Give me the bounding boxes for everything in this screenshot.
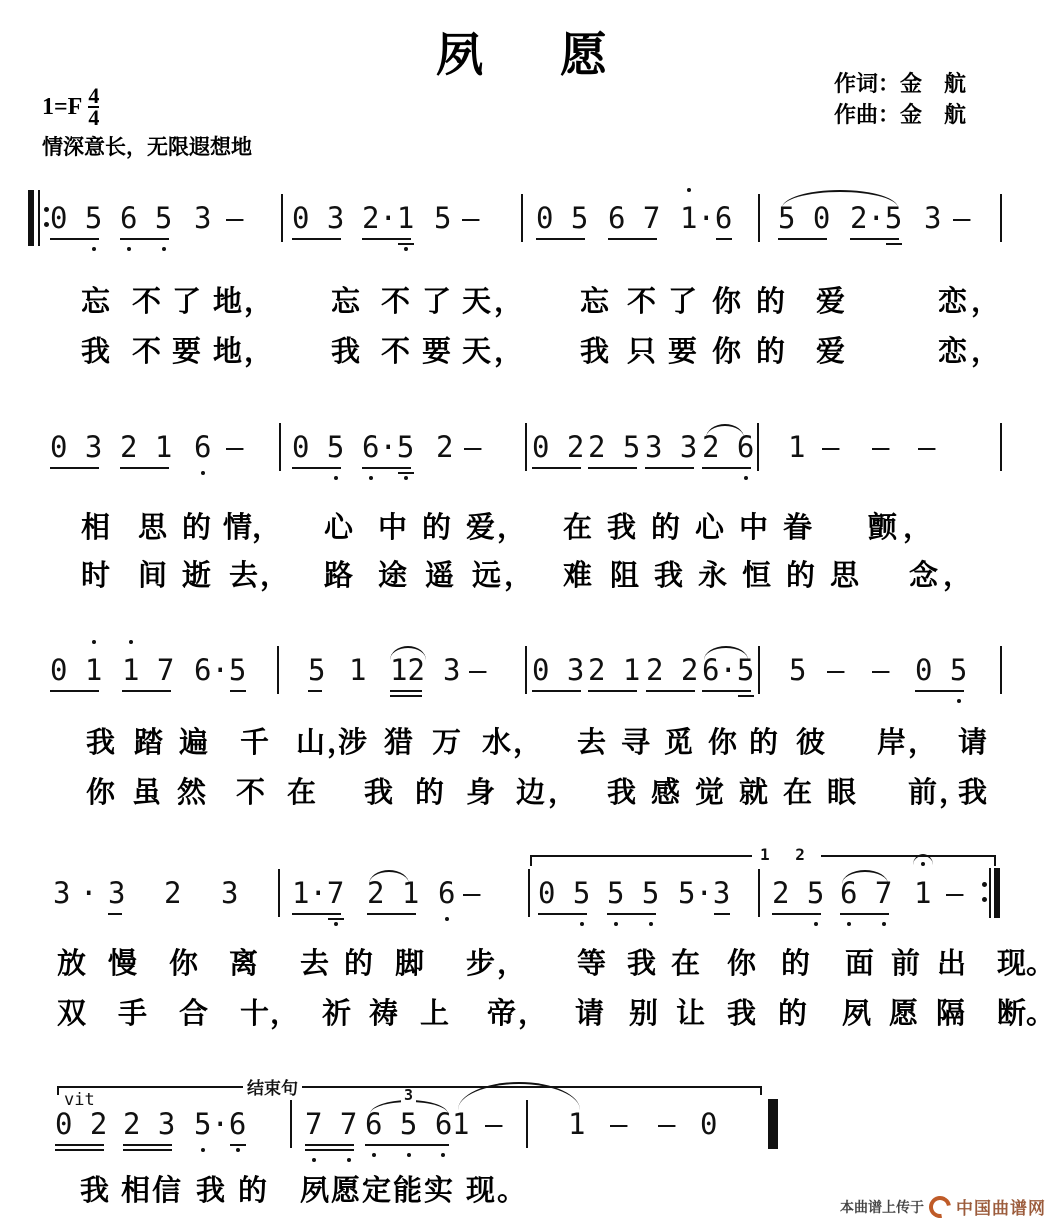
lyric-char: 信 (152, 1168, 181, 1209)
lyric-char: ， (908, 720, 937, 761)
lyric-char: 我 (81, 329, 110, 370)
lyric-char: 爱 (816, 279, 845, 320)
lyric-char: 。 (497, 1168, 526, 1209)
lyric-char: 的 (781, 941, 810, 982)
lyric-char: 的 (756, 329, 785, 370)
lyric-char: 只 (627, 329, 656, 370)
lyric-char: 万 (432, 720, 461, 761)
lyric-char: 在 (783, 770, 812, 811)
lyric-char: 慢 (108, 941, 137, 982)
lyric-char: 岸 (877, 720, 906, 761)
lyric-char: ， (943, 553, 972, 594)
lyric-char: ， (513, 720, 542, 761)
lyric-char: 的 (182, 505, 211, 546)
lyric-char: 的 (415, 770, 444, 811)
lyric-char: 放 (57, 941, 86, 982)
lyric-char: 的 (422, 505, 451, 546)
lyric-char: 你 (86, 770, 115, 811)
lyric-char: 心 (324, 505, 353, 546)
lyric-char: 愿 (889, 991, 918, 1032)
lyric-char: 身 (466, 770, 495, 811)
lyric-char: 请 (575, 991, 604, 1032)
lyric-char: 的 (756, 279, 785, 320)
lyric-char: 实 (424, 1168, 453, 1209)
lyric-char: 。 (1026, 941, 1055, 982)
lyric-char: 我 (580, 329, 609, 370)
lyric-char: 寻 (621, 720, 650, 761)
lyric-char: 地 (213, 329, 242, 370)
lyric-char: 彼 (796, 720, 825, 761)
lyric-char: ， (494, 329, 523, 370)
lyric-char: 的 (344, 941, 373, 982)
lyric-char: 就 (739, 770, 768, 811)
lyric-char: 眼 (827, 770, 856, 811)
lyric-char: ， (494, 279, 523, 320)
lyric-char: 思 (138, 505, 167, 546)
lyric-char: ， (260, 553, 289, 594)
lyric-char: 念 (909, 553, 938, 594)
lyric-char: 恋 (938, 329, 967, 370)
lyric-char: 了 (172, 279, 201, 320)
lyric-char: 双 (57, 991, 86, 1032)
lyric-char: 涉 (338, 720, 367, 761)
lyric-char: 恋 (938, 279, 967, 320)
site-logo-icon (925, 1191, 956, 1222)
lyric-char: ， (497, 941, 526, 982)
lyric-char: 合 (179, 991, 208, 1032)
lyric-char: ， (244, 329, 273, 370)
lyric-char: 间 (138, 553, 167, 594)
lyric-char: 我 (80, 1168, 109, 1209)
lyric-char: 步 (466, 941, 495, 982)
lyric-char: 等 (577, 941, 606, 982)
lyric-char: 脚 (395, 941, 424, 982)
lyric-char: 遍 (179, 720, 208, 761)
lyric-char: 时 (81, 553, 110, 594)
lyric-char: 逝 (182, 553, 211, 594)
lyric-char: 我 (627, 941, 656, 982)
lyric-char: 觉 (695, 770, 724, 811)
lyric-char: 离 (229, 941, 258, 982)
lyric-char: 断 (997, 991, 1026, 1032)
lyric-char: 忘 (331, 279, 360, 320)
lyric-char: 我 (86, 720, 115, 761)
lyric-char: 踏 (134, 720, 163, 761)
lyric-char: 不 (132, 279, 161, 320)
lyric-char: 面 (845, 941, 874, 982)
lyric-char: 天 (462, 329, 491, 370)
lyric-char: 夙 (842, 991, 871, 1032)
lyric-char: ， (548, 770, 577, 811)
lyric-char: 在 (671, 941, 700, 982)
lyric-char: 眷 (783, 505, 812, 546)
lyric-char: 你 (727, 941, 756, 982)
lyric-char: 相 (121, 1168, 150, 1209)
lyric-char: 的 (749, 720, 778, 761)
lyric-char: 的 (238, 1168, 267, 1209)
lyric-char: 天 (462, 279, 491, 320)
lyric-char: 要 (172, 329, 201, 370)
lyric-char: 。 (1026, 991, 1055, 1032)
lyrics-area: 忘不了地，忘不了天，忘不了你的爱恋，我不要地，我不要天，我只要你的爱恋，相思的情… (0, 0, 1058, 1229)
lyric-char: 我 (958, 770, 987, 811)
lyric-char: 的 (778, 991, 807, 1032)
lyric-char: 上 (420, 991, 449, 1032)
lyric-char: 隔 (936, 991, 965, 1032)
lyric-char: ， (252, 505, 281, 546)
lyric-char: 别 (629, 991, 658, 1032)
lyric-char: ， (270, 991, 299, 1032)
lyric-char: 途 (378, 553, 407, 594)
lyric-char: 不 (381, 279, 410, 320)
lyric-char: 然 (177, 770, 206, 811)
sheet-music-page: 夙 愿 作词：金 航 作曲：金 航 1=F 4 4 情深意长，无限遐想地 0 5… (0, 0, 1058, 1229)
lyric-char: 去 (300, 941, 329, 982)
lyric-char: ， (971, 279, 1000, 320)
lyric-char: 你 (712, 329, 741, 370)
lyric-char: 我 (727, 991, 756, 1032)
lyric-char: 相 (81, 505, 110, 546)
lyric-char: 猎 (384, 720, 413, 761)
lyric-char: 了 (668, 279, 697, 320)
lyric-char: 夙 (300, 1168, 329, 1209)
lyric-char: 中 (378, 505, 407, 546)
lyric-char: 山 (296, 720, 325, 761)
site-name: 中国曲谱网 (956, 1194, 1046, 1219)
lyric-char: 远 (472, 553, 501, 594)
lyric-char: 思 (830, 553, 859, 594)
lyric-char: ， (497, 505, 526, 546)
lyric-char: 中 (739, 505, 768, 546)
lyric-char: 请 (958, 720, 987, 761)
lyric-char: 边 (516, 770, 545, 811)
lyric-char: 我 (654, 553, 683, 594)
lyric-char: 虽 (132, 770, 161, 811)
lyric-char: 难 (563, 553, 592, 594)
lyric-char: 出 (937, 941, 966, 982)
lyric-char: ， (504, 553, 533, 594)
lyric-char: 让 (676, 991, 705, 1032)
lyric-char: 的 (651, 505, 680, 546)
lyric-char: 定 (362, 1168, 391, 1209)
lyric-char: 忘 (580, 279, 609, 320)
lyric-char: 地 (213, 279, 242, 320)
lyric-char: 我 (607, 505, 636, 546)
lyric-char: 祷 (369, 991, 398, 1032)
lyric-char: ， (971, 329, 1000, 370)
lyric-char: 去 (577, 720, 606, 761)
watermark-text: 本曲谱上传于 (840, 1197, 924, 1217)
lyric-char: 的 (786, 553, 815, 594)
lyric-char: 帝 (487, 991, 516, 1032)
lyric-char: 感 (651, 770, 680, 811)
lyric-char: 能 (393, 1168, 422, 1209)
lyric-char: 你 (169, 941, 198, 982)
lyric-char: 现 (997, 941, 1026, 982)
lyric-char: ， (244, 279, 273, 320)
lyric-char: 永 (698, 553, 727, 594)
lyric-char: 不 (627, 279, 656, 320)
lyric-char: 不 (381, 329, 410, 370)
lyric-char: 水 (482, 720, 511, 761)
watermark: 本曲谱上传于 中国曲谱网 (840, 1194, 1046, 1219)
lyric-char: 去 (229, 553, 258, 594)
lyric-char: ， (903, 505, 932, 546)
lyric-char: 你 (708, 720, 737, 761)
lyric-char: 前 (908, 770, 937, 811)
lyric-char: 恒 (742, 553, 771, 594)
lyric-char: 要 (668, 329, 697, 370)
lyric-char: 了 (422, 279, 451, 320)
lyric-char: 我 (607, 770, 636, 811)
lyric-char: 遥 (425, 553, 454, 594)
lyric-char: 要 (422, 329, 451, 370)
lyric-char: 心 (695, 505, 724, 546)
lyric-char: 祈 (322, 991, 351, 1032)
lyric-char: 颤 (868, 505, 897, 546)
lyric-char: 前 (891, 941, 920, 982)
lyric-char: 愿 (331, 1168, 360, 1209)
lyric-char: 阻 (610, 553, 639, 594)
lyric-char: 现 (466, 1168, 495, 1209)
lyric-char: 我 (364, 770, 393, 811)
lyric-char: 路 (324, 553, 353, 594)
lyric-char: 不 (236, 770, 265, 811)
lyric-char: 爱 (816, 329, 845, 370)
lyric-char: 千 (240, 720, 269, 761)
lyric-char: 我 (196, 1168, 225, 1209)
lyric-char: 不 (132, 329, 161, 370)
lyric-char: 手 (118, 991, 147, 1032)
lyric-char: 情 (223, 505, 252, 546)
lyric-char: 爱 (466, 505, 495, 546)
lyric-char: 觅 (664, 720, 693, 761)
lyric-char: 我 (331, 329, 360, 370)
lyric-char: 十 (240, 991, 269, 1032)
lyric-char: ， (518, 991, 547, 1032)
lyric-char: 在 (563, 505, 592, 546)
lyric-char: 忘 (81, 279, 110, 320)
lyric-char: 你 (712, 279, 741, 320)
lyric-char: 在 (287, 770, 316, 811)
